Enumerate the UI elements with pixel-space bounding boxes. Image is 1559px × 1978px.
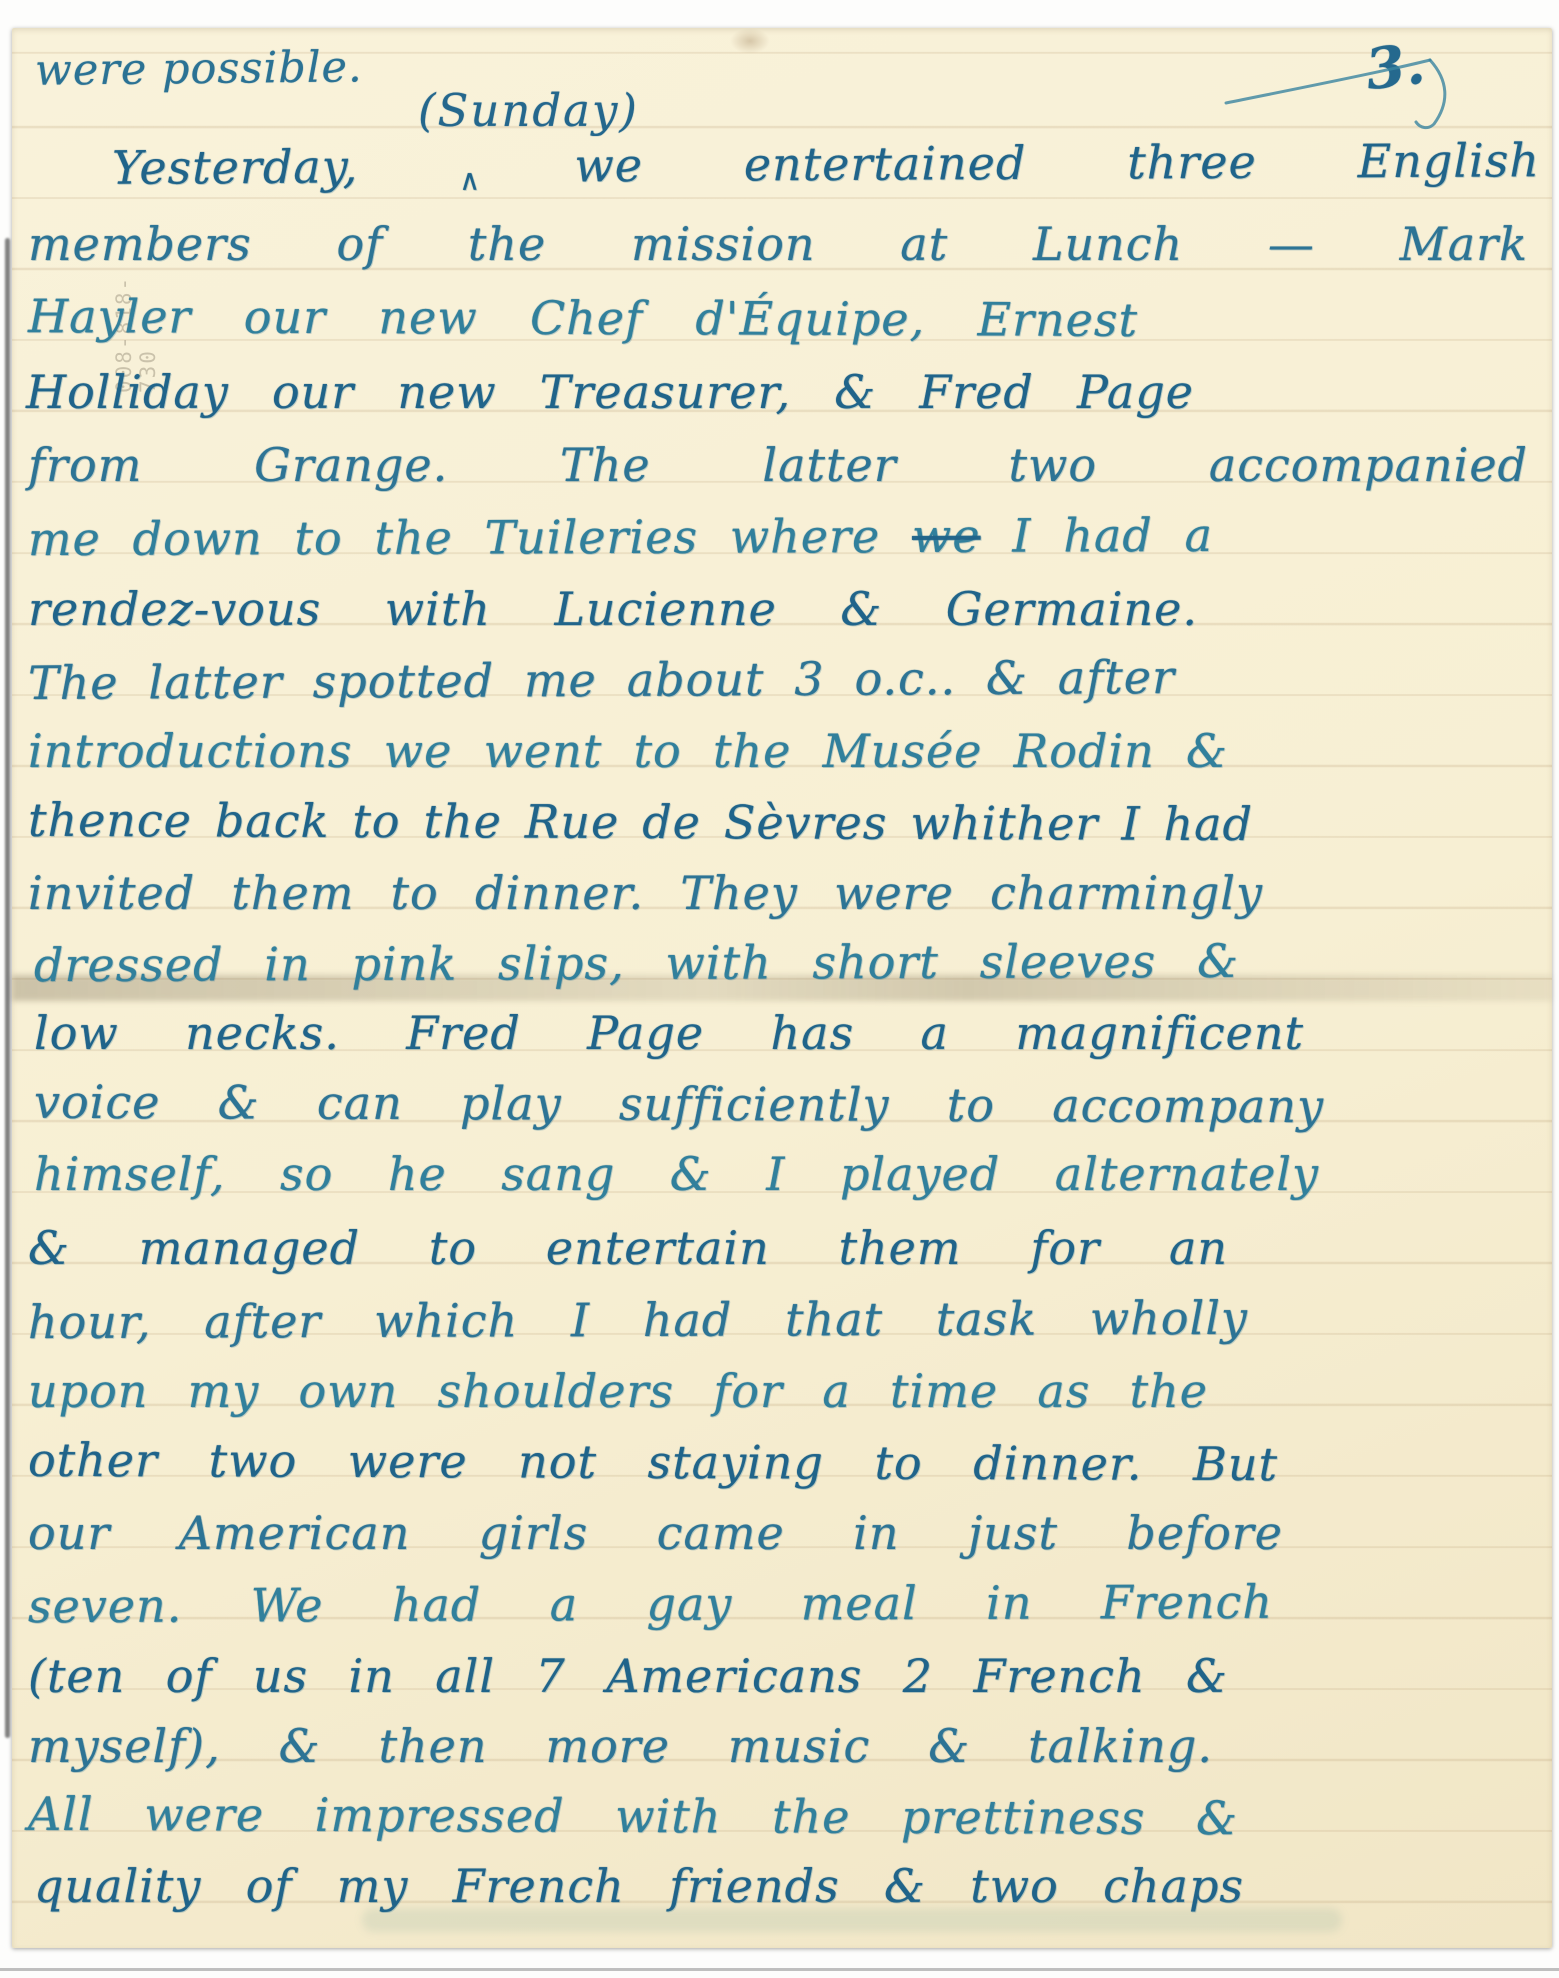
handwritten-line: me down to the Tuileries where we I had …	[28, 505, 1213, 575]
handwritten-text: rendez-vous with Lucienne & Germaine.	[28, 582, 1198, 636]
handwritten-text: seven. We had a gay meal in French	[28, 1575, 1273, 1633]
handwritten-text: thence back to the Rue de Sèvres whither…	[28, 793, 1253, 851]
inserted-annotation: (Sunday)	[418, 84, 639, 137]
handwritten-text: I had a	[981, 508, 1214, 563]
handwritten-text: myself), & then more music & talking.	[28, 1719, 1213, 1773]
handwritten-line: quality of my French friends & two chaps	[34, 1856, 1244, 1922]
handwritten-text: Holliday our new Treasurer, & Fred Page	[26, 365, 1194, 419]
handwritten-text: from Grange. The latter two accompanied	[28, 438, 1528, 492]
handwritten-text: introductions we went to the Musée Rodin…	[28, 724, 1228, 778]
struck-out-word: we	[912, 509, 981, 563]
handwritten-line: (ten of us in all 7 Americans 2 French &	[28, 1646, 1228, 1712]
handwritten-line: myself), & then more music & talking.	[28, 1716, 1213, 1782]
scan-shadow	[5, 238, 10, 1738]
handwritten-text: Hayler our new Chef d'Équipe, Ernest	[28, 289, 1138, 347]
handwritten-text: All were impressed with the prettiness &	[28, 1787, 1238, 1845]
handwritten-line: himself, so he sang & I played alternate…	[34, 1144, 1319, 1210]
handwritten-line: Yesterday, ∧ we entertained three Englis…	[112, 130, 1540, 203]
handwritten-text: members of the mission at Lunch — Mark	[28, 217, 1528, 271]
handwritten-text: Yesterday,	[112, 139, 459, 195]
paper-blemish	[730, 28, 770, 54]
handwritten-line: dressed in pink slips, with short sleeve…	[34, 931, 1239, 1001]
handwritten-line: Holliday our new Treasurer, & Fred Page	[26, 362, 1194, 428]
handwritten-text: hour, after which I had that task wholly	[28, 1291, 1248, 1349]
handwritten-line: seven. We had a gay meal in French	[28, 1572, 1273, 1642]
handwritten-text: we entertained three English	[574, 133, 1540, 192]
handwritten-text: voice & can play sufficiently to accompa…	[34, 1075, 1324, 1134]
handwritten-line: members of the mission at Lunch — Mark	[28, 214, 1528, 280]
handwritten-line: thence back to the Rue de Sèvres whither…	[28, 790, 1253, 860]
scanner-edge-line	[0, 1968, 1559, 1971]
handwritten-line: hour, after which I had that task wholly	[28, 1288, 1248, 1358]
handwritten-text: our American girls came in just before	[28, 1506, 1283, 1560]
handwritten-line: upon my own shoulders for a time as the	[28, 1361, 1208, 1427]
handwritten-line: voice & can play sufficiently to accompa…	[34, 1072, 1324, 1143]
handwritten-line: our American girls came in just before	[28, 1503, 1283, 1569]
handwritten-line: rendez-vous with Lucienne & Germaine.	[28, 579, 1198, 645]
handwritten-text: (ten of us in all 7 Americans 2 French &	[28, 1649, 1228, 1703]
handwritten-line: low necks. Fred Page has a magnificent	[34, 1003, 1304, 1069]
handwritten-text: & managed to entertain them for an	[28, 1221, 1228, 1275]
handwritten-text: invited them to dinner. They were charmi…	[28, 866, 1263, 920]
handwritten-text: quality of my French friends & two chaps	[34, 1859, 1244, 1913]
handwritten-line: invited them to dinner. They were charmi…	[28, 863, 1263, 929]
handwritten-line: & managed to entertain them for an	[28, 1218, 1228, 1284]
page-number: 3.	[1362, 31, 1428, 104]
handwritten-text: other two were not staying to dinner. Bu…	[28, 1433, 1278, 1491]
handwritten-line: All were impressed with the prettiness &	[28, 1784, 1238, 1854]
handwritten-text: me down to the Tuileries where	[28, 509, 912, 566]
handwritten-line: The latter spotted me about 3 o.c.. & af…	[28, 647, 1175, 719]
handwritten-text: upon my own shoulders for a time as the	[28, 1364, 1208, 1418]
handwritten-text: dressed in pink slips, with short sleeve…	[34, 934, 1239, 992]
opening-words: were possible.	[35, 42, 363, 95]
handwritten-line: introductions we went to the Musée Rodin…	[28, 721, 1228, 787]
handwritten-text: The latter spotted me about 3 o.c.. & af…	[28, 650, 1175, 710]
handwritten-line: from Grange. The latter two accompanied	[28, 435, 1528, 501]
insertion-caret: ∧	[459, 163, 574, 197]
handwritten-text: low necks. Fred Page has a magnificent	[34, 1006, 1304, 1060]
handwritten-line: other two were not staying to dinner. Bu…	[28, 1430, 1278, 1500]
handwritten-text: himself, so he sang & I played alternate…	[34, 1147, 1319, 1201]
handwritten-line: Hayler our new Chef d'Équipe, Ernest	[28, 286, 1138, 356]
